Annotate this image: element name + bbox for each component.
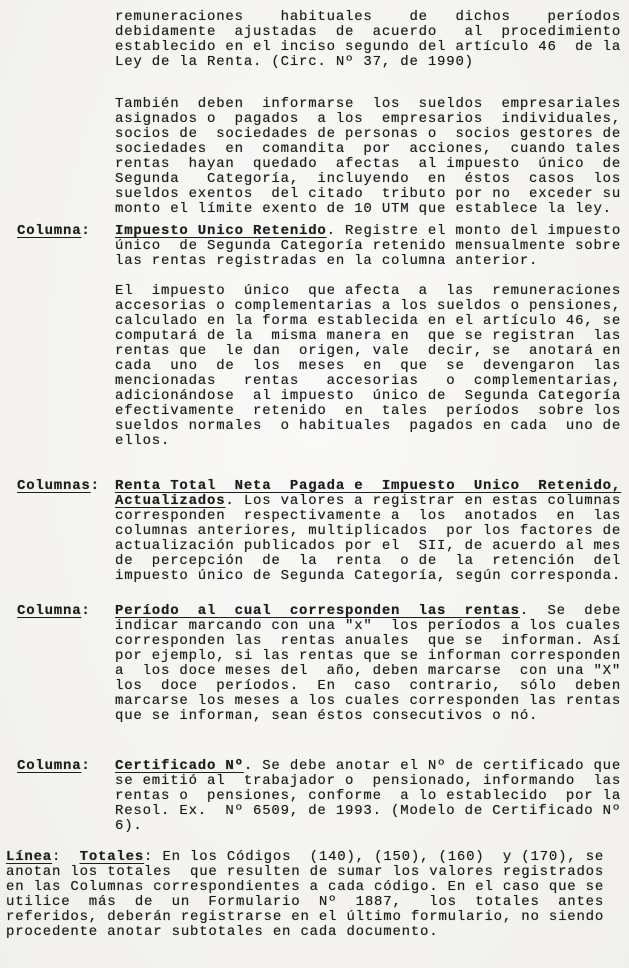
label-colon: : bbox=[81, 223, 90, 239]
columnas-actualizados-paragraph: Renta Total Neta Pagada e Impuesto Unico… bbox=[115, 479, 627, 584]
linea-totales-paragraph: Línea: Totales: En los Códigos (140), (1… bbox=[6, 850, 627, 940]
intro-paragraph-1-row: remuneraciones habituales de dichos perí… bbox=[6, 10, 627, 70]
heading-periodo-corresponden-rentas: Período al cual corresponden las rentas bbox=[115, 603, 520, 619]
heading-certificado-numero: Certificado Nº bbox=[115, 758, 244, 774]
label-colon: : bbox=[81, 603, 90, 619]
label-columna: Columna: bbox=[17, 603, 91, 619]
section-columna-periodo: Columna: Período al cual corresponden la… bbox=[6, 604, 627, 724]
intro-paragraph-2: También deben informarse los sueldos emp… bbox=[115, 97, 627, 217]
label-colon: : bbox=[91, 478, 100, 494]
section-columna-impuesto: Columna: Impuesto Unico Retenido. Regist… bbox=[6, 224, 627, 449]
label-columnas: Columnas: bbox=[17, 478, 100, 494]
label-columna-text: Columna bbox=[17, 603, 81, 619]
scanned-document-page: remuneraciones habituales de dichos perí… bbox=[0, 0, 629, 968]
label-columna-text: Columna bbox=[17, 223, 81, 239]
label-colon: : bbox=[81, 758, 90, 774]
label-linea: Línea bbox=[6, 849, 52, 865]
section-columnas-actualizados: Columnas: Renta Total Neta Pagada e Impu… bbox=[6, 479, 627, 584]
columna-impuesto-paragraph-2: El impuesto único que afecta a las remun… bbox=[115, 284, 627, 449]
heading-totales: Totales bbox=[80, 849, 144, 865]
linea-separator: : bbox=[52, 849, 80, 865]
columna-periodo-paragraph: Período al cual corresponden las rentas.… bbox=[115, 604, 627, 724]
intro-paragraph-1: remuneraciones habituales de dichos perí… bbox=[115, 10, 627, 70]
label-linea-text: Línea bbox=[6, 849, 52, 865]
section-columna-certificado: Columna: Certificado Nº. Se debe anotar … bbox=[6, 759, 627, 834]
columna-certificado-paragraph: Certificado Nº. Se debe anotar el Nº de … bbox=[115, 759, 627, 834]
label-columna-text: Columna bbox=[17, 758, 81, 774]
columna-impuesto-paragraph: Impuesto Unico Retenido. Registre el mon… bbox=[115, 224, 627, 269]
label-columnas-text: Columnas bbox=[17, 478, 91, 494]
label-columna: Columna: bbox=[17, 223, 91, 239]
heading-impuesto-unico-retenido: Impuesto Unico Retenido bbox=[115, 223, 327, 239]
columna-periodo-body: . Se debe indicar marcando con una "x" l… bbox=[115, 603, 621, 724]
label-columna: Columna: bbox=[17, 758, 91, 774]
intro-paragraph-2-row: También deben informarse los sueldos emp… bbox=[6, 97, 627, 217]
